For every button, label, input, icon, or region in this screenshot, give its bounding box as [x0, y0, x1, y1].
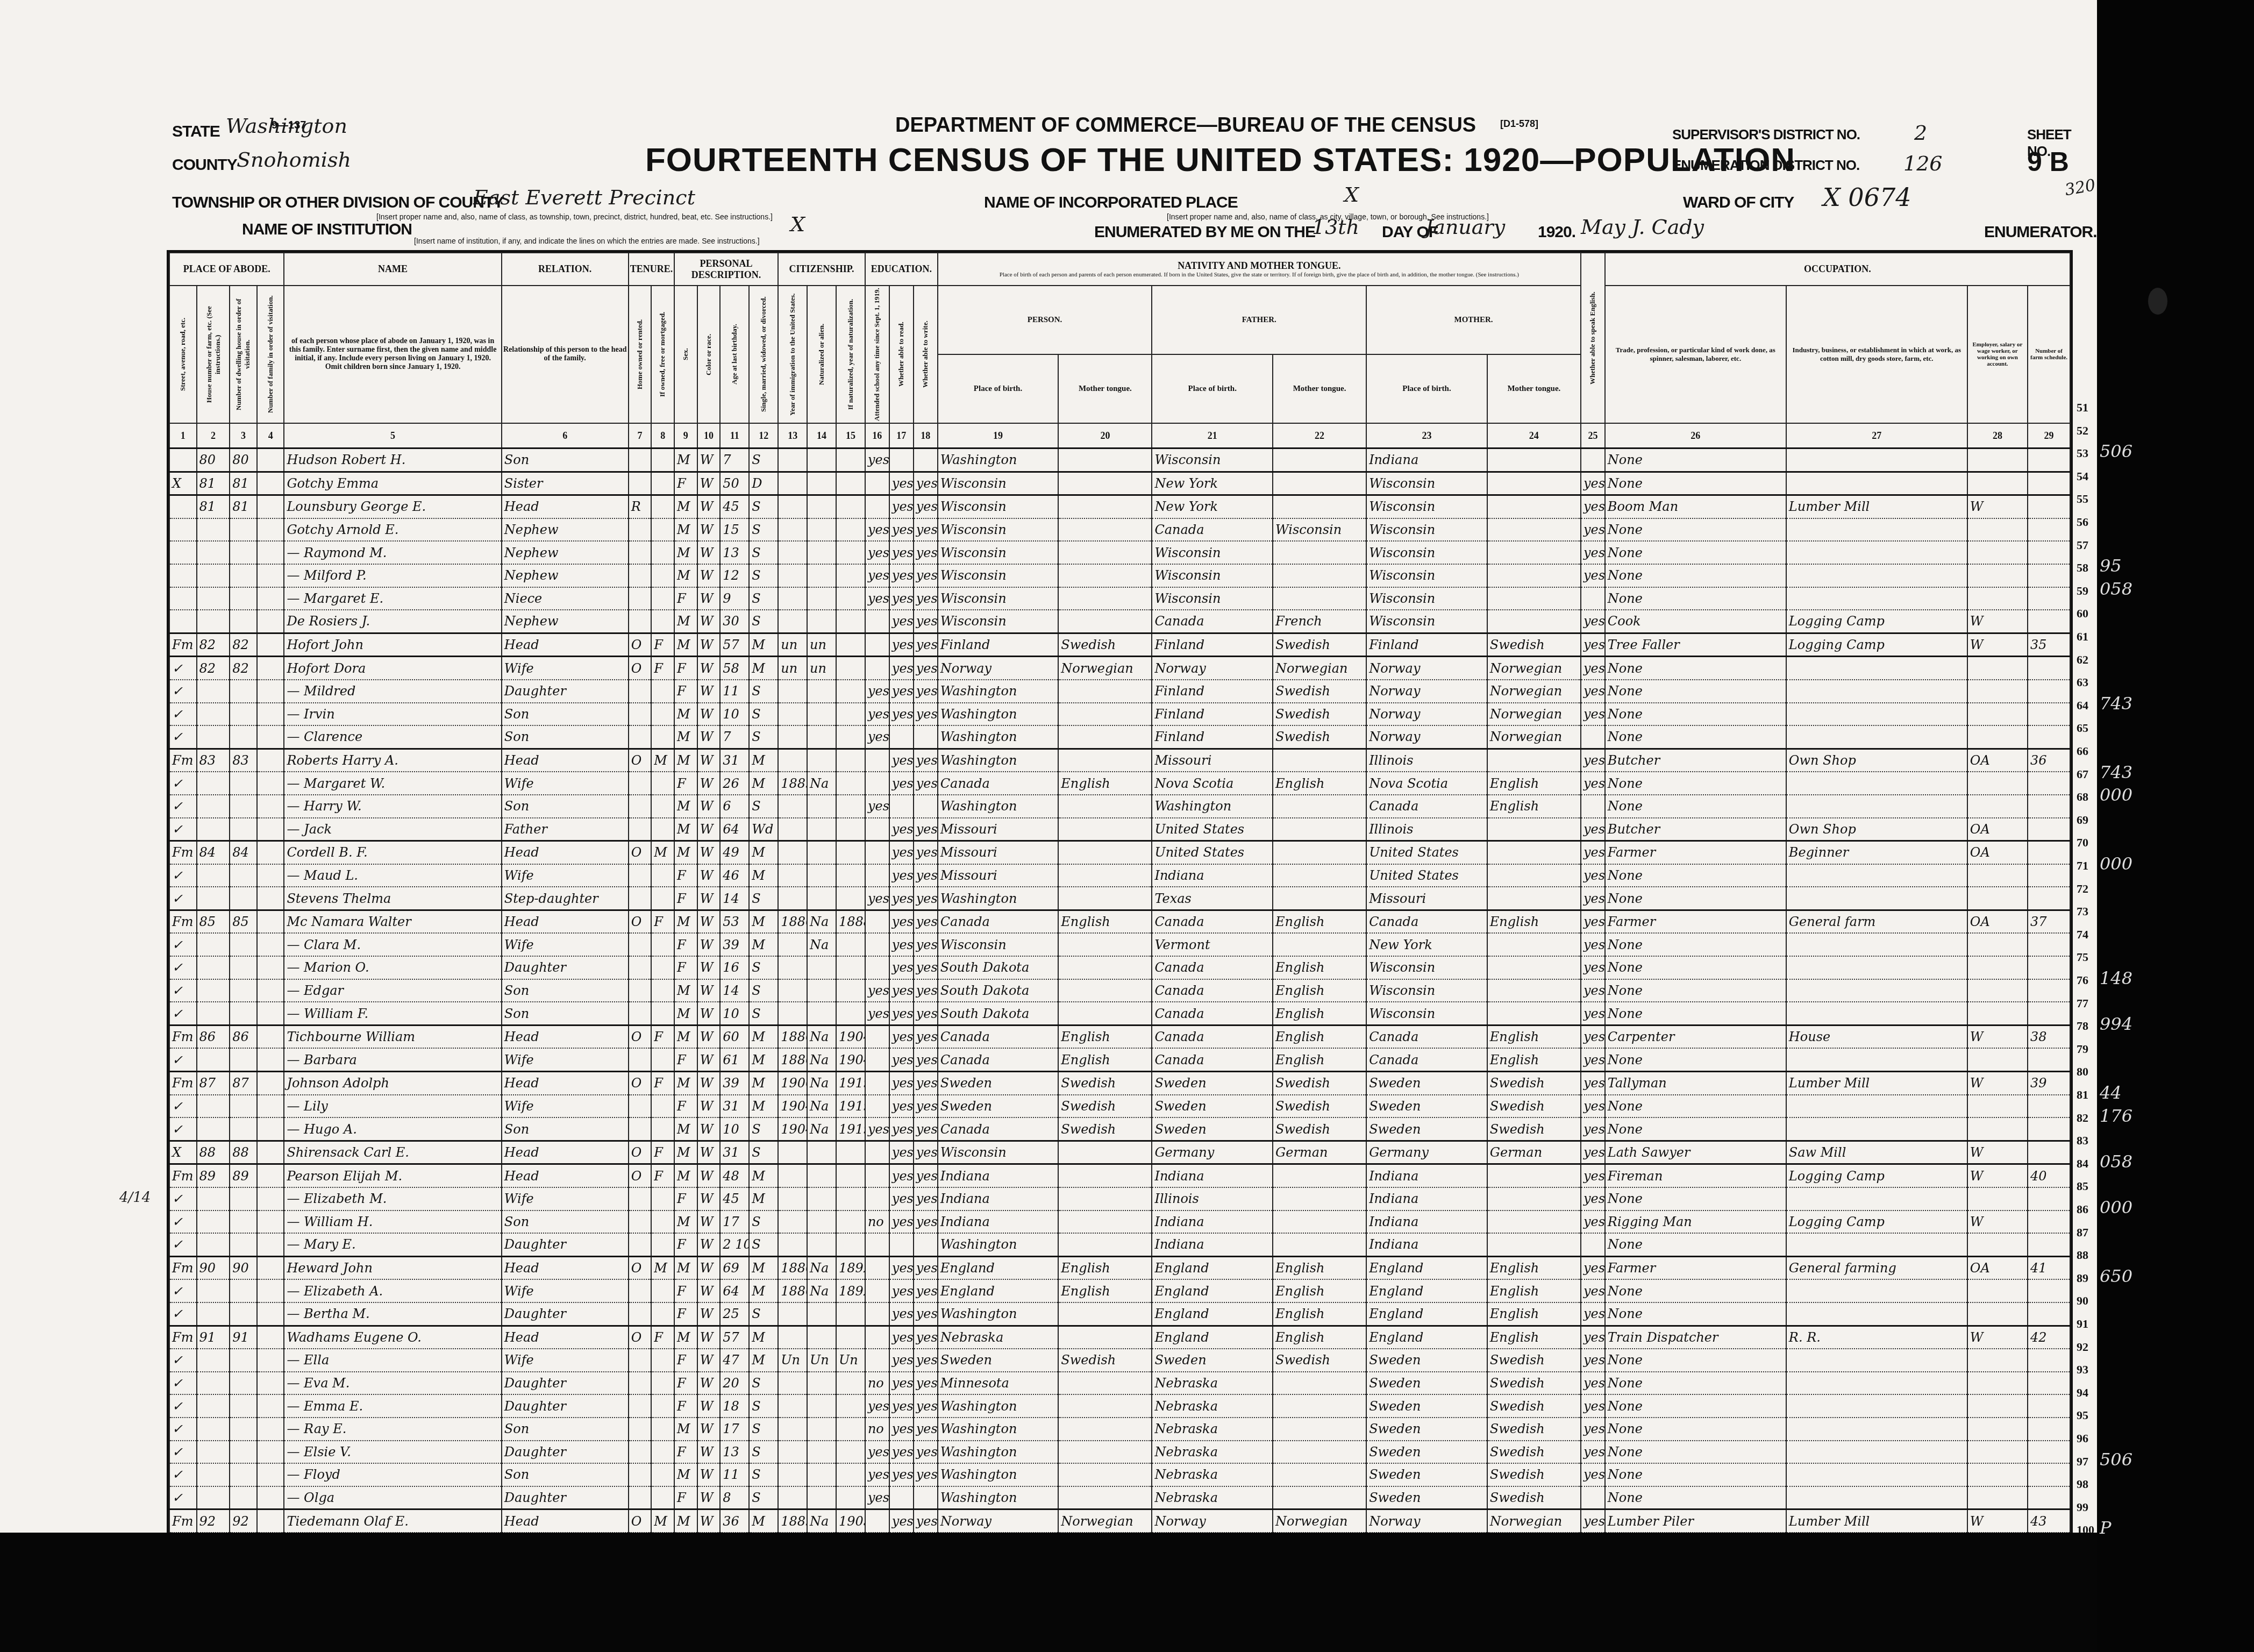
cell-imm [778, 495, 807, 518]
cell-own: O [629, 1509, 652, 1533]
cell-street: ✓ [169, 933, 197, 956]
cell-street: ✓ [169, 1486, 197, 1509]
cell-family [257, 1326, 284, 1349]
cell-mt: English [1058, 1256, 1152, 1279]
cell-nat: Na [807, 1117, 836, 1141]
cell-house [197, 1117, 230, 1141]
cell-sex: F [674, 1394, 697, 1418]
cell-imm [778, 1463, 807, 1486]
cell-write: yes [914, 1326, 938, 1349]
cell-marital: S [749, 495, 778, 518]
cell-farm [2028, 841, 2070, 864]
cell-farm: 37 [2028, 910, 2070, 933]
census-title: FOURTEENTH CENSUS OF THE UNITED STATES: … [645, 141, 1795, 179]
cell-marital: M [749, 749, 778, 772]
cell-mort: F [651, 633, 674, 657]
cell-house [197, 772, 230, 795]
cell-pob: Norway [938, 1509, 1059, 1533]
cell-sex: M [674, 910, 697, 933]
margin-code-note: 506 [2100, 441, 2132, 461]
cell-pob: Indiana [938, 1164, 1059, 1187]
cell-ind: Lumber Mill [1786, 495, 1967, 518]
cell-family [257, 887, 284, 910]
cell-natyr [836, 795, 865, 818]
cell-mmt: Norwegian [1487, 703, 1581, 726]
cell-sex: M [674, 1072, 697, 1095]
cell-own [629, 564, 652, 587]
cell-marital: M [749, 1279, 778, 1302]
cell-occ: Farmer [1605, 1256, 1786, 1279]
cell-mmt [1487, 1164, 1581, 1187]
cell-house: 85 [197, 910, 230, 933]
cell-relation: Wife [502, 1349, 629, 1372]
cell-mort [651, 1302, 674, 1326]
cell-dwelling [230, 725, 257, 749]
cell-farm [2028, 1372, 2070, 1395]
cell-school [865, 864, 889, 887]
cell-imm [778, 587, 807, 610]
cell-relation: Head [502, 1509, 629, 1533]
cell-own [629, 725, 652, 749]
cell-fpob: Wisconsin [1152, 587, 1273, 610]
cell-write: yes [914, 564, 938, 587]
cell-mpob: Wisconsin [1366, 956, 1487, 979]
cell-relation: Daughter [502, 1302, 629, 1326]
cell-eng: yes [1581, 1349, 1605, 1372]
cell-street: X [169, 472, 197, 495]
cell-street: ✓ [169, 680, 197, 703]
cell-natyr [836, 887, 865, 910]
cell-color: W [697, 1210, 721, 1234]
cell-color: W [697, 1233, 721, 1256]
cell-color: W [697, 1048, 721, 1071]
cell-fpob: Sweden [1152, 1349, 1273, 1372]
cell-school [865, 841, 889, 864]
cell-pob: Washington [938, 725, 1059, 749]
line-number: 88 [2077, 1248, 2088, 1262]
cell-occ: None [1605, 864, 1786, 887]
cell-fmt [1273, 818, 1366, 841]
cell-mpob: Sweden [1366, 1072, 1487, 1095]
cell-fpob: Wisconsin [1152, 564, 1273, 587]
cell-write: yes [914, 1117, 938, 1141]
cell-fpob: Nebraska [1152, 1372, 1273, 1395]
cell-school: yes [865, 1002, 889, 1025]
cell-relation: Nephew [502, 541, 629, 564]
col-farm-schedule: Number of farm schedule. [2028, 286, 2070, 423]
cell-own [629, 680, 652, 703]
cell-house [197, 887, 230, 910]
cell-emp [1967, 541, 2028, 564]
col-father-pob: Place of birth. [1152, 354, 1273, 423]
cell-write: yes [914, 587, 938, 610]
cell-write: yes [914, 1349, 938, 1372]
cell-natyr [836, 495, 865, 518]
cell-mmt: Swedish [1487, 1441, 1581, 1464]
cell-natyr [836, 564, 865, 587]
cell-own [629, 1349, 652, 1372]
cell-mmt: English [1487, 910, 1581, 933]
cell-nat [807, 1418, 836, 1441]
cell-dwelling: 81 [230, 472, 257, 495]
cell-ind [1786, 1349, 1967, 1372]
cell-occ: Tallyman [1605, 1072, 1786, 1095]
cell-farm [2028, 472, 2070, 495]
cell-street: ✓ [169, 1418, 197, 1441]
cell-fpob: Wisconsin [1152, 448, 1273, 472]
col-dwelling: Number of dwelling house in order of vis… [230, 286, 257, 423]
cell-mpob: Sweden [1366, 1372, 1487, 1395]
cell-occ: None [1605, 979, 1786, 1002]
cell-mt [1058, 495, 1152, 518]
cell-fpob: Norway [1152, 1509, 1273, 1533]
cell-marital: M [749, 1509, 778, 1533]
cell-fmt: Swedish [1273, 1072, 1366, 1095]
cell-relation: Niece [502, 587, 629, 610]
cell-natyr [836, 1233, 865, 1256]
cell-fmt [1273, 1210, 1366, 1234]
cell-own [629, 448, 652, 472]
cell-house [197, 1394, 230, 1418]
cell-mpob: Finland [1366, 633, 1487, 657]
column-number: 5 [284, 423, 501, 448]
cell-mt [1058, 518, 1152, 542]
col-read: Whether able to read. [889, 286, 914, 423]
column-number: 1 [169, 423, 197, 448]
cell-imm [778, 818, 807, 841]
cell-family [257, 657, 284, 680]
cell-street [169, 564, 197, 587]
cell-fpob: Canada [1152, 518, 1273, 542]
cell-pob: Washington [938, 448, 1059, 472]
cell-mort [651, 979, 674, 1002]
cell-imm [778, 887, 807, 910]
cell-farm [2028, 495, 2070, 518]
cell-marital: M [749, 1025, 778, 1048]
line-number: 83 [2077, 1134, 2088, 1148]
cell-read: yes [889, 1210, 914, 1234]
cell-school: no [865, 1418, 889, 1441]
cell-mpob: Sweden [1366, 1117, 1487, 1141]
cell-sex: M [674, 495, 697, 518]
cell-mmt: Swedish [1487, 1418, 1581, 1441]
cell-school: yes [865, 887, 889, 910]
cell-emp [1967, 1187, 2028, 1210]
cell-nat [807, 541, 836, 564]
cell-emp [1967, 1418, 2028, 1441]
cell-dwelling [230, 1117, 257, 1141]
margin-code-note: 058 [2100, 579, 2132, 599]
cell-mpob: Indiana [1366, 1187, 1487, 1210]
cell-write: yes [914, 1256, 938, 1279]
cell-family [257, 1117, 284, 1141]
cell-age: 17 [720, 1210, 749, 1234]
cell-house: 82 [197, 657, 230, 680]
cell-mt [1058, 887, 1152, 910]
cell-ind [1786, 1095, 1967, 1118]
cell-pob: Sweden [938, 1349, 1059, 1372]
cell-school [865, 633, 889, 657]
cell-school [865, 472, 889, 495]
cell-color: W [697, 1418, 721, 1441]
cell-natyr: 1904 [836, 1025, 865, 1048]
cell-dwelling [230, 703, 257, 726]
cell-write: yes [914, 1072, 938, 1095]
cell-sex: M [674, 979, 697, 1002]
group-abode: PLACE OF ABODE. [169, 253, 284, 286]
cell-pob: Wisconsin [938, 472, 1059, 495]
table-row: ✓— FloydSonMW11SyesyesyesWashingtonNebra… [169, 1463, 2070, 1486]
cell-relation: Head [502, 1072, 629, 1095]
cell-fpob: England [1152, 1302, 1273, 1326]
table-row: X8888Shirensack Carl E.HeadOFMW31Syesyes… [169, 1141, 2070, 1164]
group-mother: MOTHER. [1366, 286, 1581, 354]
cell-natyr [836, 448, 865, 472]
cell-age: 46 [720, 864, 749, 887]
cell-emp [1967, 1463, 2028, 1486]
cell-sex: F [674, 1302, 697, 1326]
cell-relation: Son [502, 1117, 629, 1141]
cell-farm [2028, 1441, 2070, 1464]
cell-mt [1058, 1002, 1152, 1025]
cell-marital: S [749, 1117, 778, 1141]
cell-eng: yes [1581, 1509, 1605, 1533]
cell-emp [1967, 587, 2028, 610]
cell-mt [1058, 1418, 1152, 1441]
cell-color: W [697, 1326, 721, 1349]
cell-own: O [629, 1025, 652, 1048]
cell-mpob: Sweden [1366, 1349, 1487, 1372]
cell-name: — Bertha M. [284, 1302, 501, 1326]
cell-color: W [697, 610, 721, 633]
cell-fpob: Canada [1152, 610, 1273, 633]
cell-family [257, 610, 284, 633]
cell-nat [807, 749, 836, 772]
cell-sex: M [674, 518, 697, 542]
cell-mort [651, 448, 674, 472]
cell-nat [807, 1141, 836, 1164]
cell-fpob: Finland [1152, 703, 1273, 726]
cell-mmt [1487, 610, 1581, 633]
cell-ind: Logging Camp [1786, 1210, 1967, 1234]
table-row: Fm8686Tichbourne WilliamHeadOFMW60M1880N… [169, 1025, 2070, 1048]
col-color: Color or race. [697, 286, 721, 423]
cell-natyr [836, 1302, 865, 1326]
cell-imm [778, 1302, 807, 1326]
cell-house [197, 1486, 230, 1509]
cell-mort [651, 864, 674, 887]
cell-fmt: English [1273, 910, 1366, 933]
cell-write: yes [914, 1372, 938, 1395]
cell-eng [1581, 587, 1605, 610]
cell-read: yes [889, 1164, 914, 1187]
line-number: 80 [2077, 1065, 2088, 1079]
cell-imm [778, 680, 807, 703]
cell-write: yes [914, 472, 938, 495]
cell-mmt [1487, 979, 1581, 1002]
line-number: 98 [2077, 1477, 2088, 1491]
cell-write [914, 1486, 938, 1509]
cell-mpob: Norway [1366, 680, 1487, 703]
cell-occ: None [1605, 1463, 1786, 1486]
cell-fmt [1273, 541, 1366, 564]
line-number: 66 [2077, 744, 2088, 758]
cell-street: ✓ [169, 1394, 197, 1418]
cell-farm [2028, 933, 2070, 956]
cell-natyr [836, 818, 865, 841]
cell-family [257, 1233, 284, 1256]
cell-occ: None [1605, 1302, 1786, 1326]
cell-eng: yes [1581, 610, 1605, 633]
cell-nat: Na [807, 933, 836, 956]
cell-family [257, 587, 284, 610]
cell-mt [1058, 956, 1152, 979]
col-employer: Employer, salary or wage worker, or work… [1967, 286, 2028, 423]
cell-fpob: Sweden [1152, 1072, 1273, 1095]
cell-read: yes [889, 887, 914, 910]
cell-write: yes [914, 933, 938, 956]
cell-farm [2028, 541, 2070, 564]
cell-age: 10 [720, 703, 749, 726]
cell-age: 11 [720, 1463, 749, 1486]
cell-name: Gotchy Arnold E. [284, 518, 501, 542]
cell-farm: 38 [2028, 1025, 2070, 1048]
cell-nat [807, 472, 836, 495]
nativity-title: NATIVITY AND MOTHER TONGUE. [939, 260, 1579, 272]
cell-family [257, 1463, 284, 1486]
cell-mt [1058, 795, 1152, 818]
cell-emp: W [1967, 1326, 2028, 1349]
cell-sex: M [674, 1509, 697, 1533]
cell-mort: F [651, 1164, 674, 1187]
cell-read: yes [889, 703, 914, 726]
cell-nat: Na [807, 910, 836, 933]
cell-family [257, 1164, 284, 1187]
cell-occ: None [1605, 680, 1786, 703]
cell-mmt [1487, 518, 1581, 542]
cell-mmt: Swedish [1487, 1117, 1581, 1141]
cell-ind [1786, 657, 1967, 680]
cell-mort: F [651, 1326, 674, 1349]
county-label: COUNTY [172, 156, 237, 174]
cell-read: yes [889, 933, 914, 956]
cell-write: yes [914, 1394, 938, 1418]
cell-house [197, 1048, 230, 1071]
cell-emp: W [1967, 1509, 2028, 1533]
cell-color: W [697, 772, 721, 795]
cell-read [889, 448, 914, 472]
state-label: STATE [172, 123, 220, 141]
cell-emp [1967, 1002, 2028, 1025]
cell-write [914, 448, 938, 472]
cell-imm [778, 1394, 807, 1418]
cell-farm [2028, 864, 2070, 887]
cell-relation: Daughter [502, 1233, 629, 1256]
cell-imm [778, 1233, 807, 1256]
table-row: Fm8787Johnson AdolphHeadOFMW39M1900Na191… [169, 1072, 2070, 1095]
cell-school: yes [865, 518, 889, 542]
col-mortgaged: If owned, free or mortgaged. [651, 286, 674, 423]
cell-imm: 1880 [778, 910, 807, 933]
cell-farm: 42 [2028, 1326, 2070, 1349]
cell-own [629, 1279, 652, 1302]
group-nativity: NATIVITY AND MOTHER TONGUE. Place of bir… [938, 253, 1581, 286]
cell-age: 45 [720, 495, 749, 518]
cell-pob: Indiana [938, 1210, 1059, 1234]
line-number: 69 [2077, 813, 2088, 827]
line-number: 93 [2077, 1363, 2088, 1377]
cell-age: 16 [720, 956, 749, 979]
cell-name: — Irvin [284, 703, 501, 726]
cell-emp [1967, 887, 2028, 910]
cell-fpob: Texas [1152, 887, 1273, 910]
cell-pob: Canada [938, 1048, 1059, 1071]
table-row: X8181Gotchy EmmaSisterFW50DyesyesWiscons… [169, 472, 2070, 495]
cell-marital: S [749, 680, 778, 703]
cell-emp [1967, 564, 2028, 587]
cell-eng: yes [1581, 772, 1605, 795]
cell-house [197, 1210, 230, 1234]
col-owned: Home owned or rented. [629, 286, 652, 423]
cell-mpob: Wisconsin [1366, 587, 1487, 610]
cell-age: 64 [720, 818, 749, 841]
cell-mmt [1487, 564, 1581, 587]
cell-occ: None [1605, 1349, 1786, 1372]
cell-occ: Carpenter [1605, 1025, 1786, 1048]
cell-family [257, 1486, 284, 1509]
cell-color: W [697, 979, 721, 1002]
cell-relation: Wife [502, 1095, 629, 1118]
cell-marital: S [749, 979, 778, 1002]
cell-relation: Daughter [502, 1441, 629, 1464]
cell-nat [807, 956, 836, 979]
cell-imm [778, 518, 807, 542]
cell-fmt: Swedish [1273, 1349, 1366, 1372]
cell-family [257, 933, 284, 956]
cell-fmt [1273, 864, 1366, 887]
table-row: Fm9090Heward JohnHeadOMMW69M1880Na1892ye… [169, 1256, 2070, 1279]
cell-ind [1786, 725, 1967, 749]
cell-school [865, 1095, 889, 1118]
cell-write: yes [914, 1048, 938, 1071]
cell-occ: None [1605, 472, 1786, 495]
cell-emp [1967, 1349, 2028, 1372]
cell-school [865, 749, 889, 772]
cell-marital: S [749, 887, 778, 910]
cell-color: W [697, 1002, 721, 1025]
cell-dwelling [230, 1002, 257, 1025]
cell-farm [2028, 1463, 2070, 1486]
cell-nat [807, 1233, 836, 1256]
table-row: Fm9292Tiedemann Olaf E.HeadOMMW36M1889Na… [169, 1509, 2070, 1533]
line-number: 96 [2077, 1432, 2088, 1445]
cell-own: O [629, 749, 652, 772]
table-row: — Raymond M.NephewMW13SyesyesyesWisconsi… [169, 541, 2070, 564]
column-number: 18 [914, 423, 938, 448]
cell-imm [778, 564, 807, 587]
cell-fmt [1273, 564, 1366, 587]
cell-mt [1058, 448, 1152, 472]
cell-own [629, 887, 652, 910]
cell-name: — Mary E. [284, 1233, 501, 1256]
institution-note: [Insert name of institution, if any, and… [414, 237, 760, 245]
cell-ind: Logging Camp [1786, 633, 1967, 657]
cell-street: Fm [169, 633, 197, 657]
cell-marital: S [749, 1210, 778, 1234]
col-street: Street, avenue, road, etc. [169, 286, 197, 423]
cell-farm [2028, 1095, 2070, 1118]
cell-write: yes [914, 956, 938, 979]
